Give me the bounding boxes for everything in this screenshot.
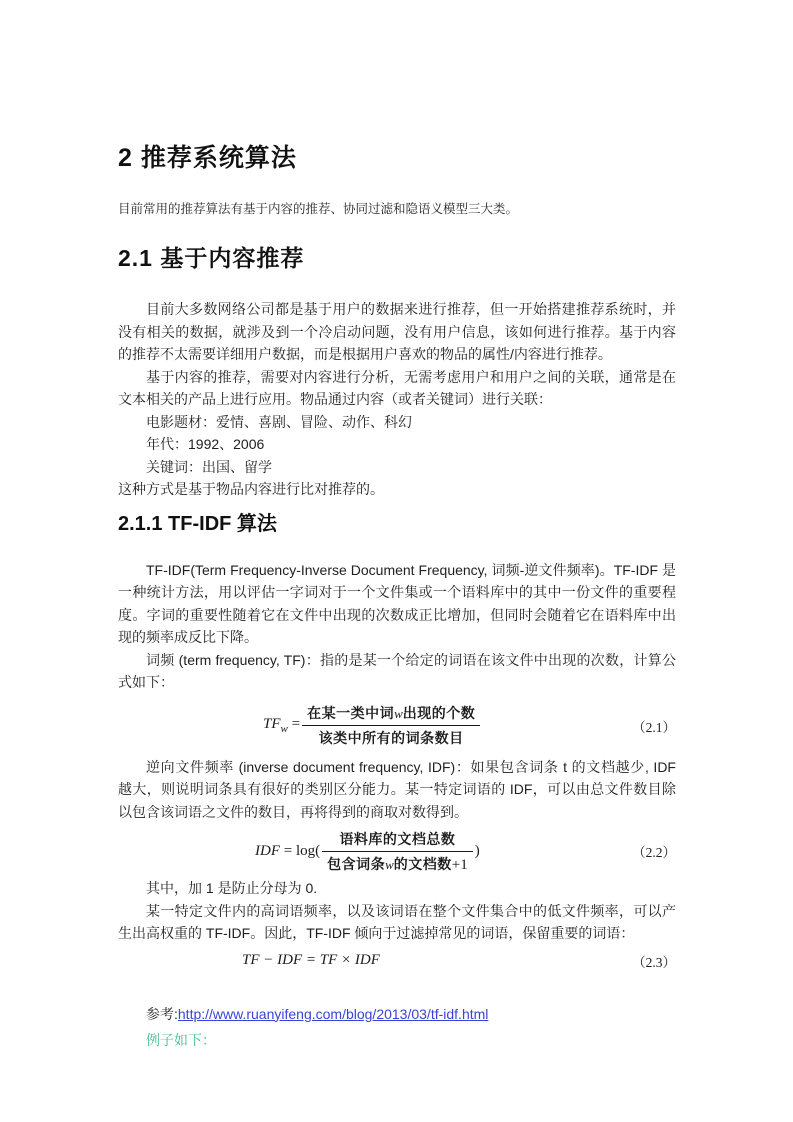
- paragraph-tfidf-weight: 某一特定文件内的高词语频率，以及该词语在整个文件集合中的低文件频率，可以产生出高…: [118, 900, 676, 945]
- formula-tfidf-expression: TF − IDF = TF × IDF: [242, 952, 380, 969]
- paragraph-plus-one: 其中，加 1 是防止分母为 0.: [118, 877, 676, 900]
- formula-tf-numerator: 在某一类中词w出现的个数: [302, 703, 480, 726]
- formula-idf-lhs: IDF = log(: [255, 843, 320, 860]
- list-item-year: 年代：1992、2006: [118, 433, 676, 456]
- formula-idf-fraction: 语料库的文档总数 包含词条w的文档数+1: [322, 829, 473, 874]
- paragraph-idf: 逆向文件频率 (inverse document frequency, IDF)…: [118, 756, 676, 824]
- formula-idf-close-paren: ): [475, 843, 480, 860]
- paragraph-compare: 这种方式是基于物品内容进行比对推荐的。: [118, 478, 676, 501]
- list-item-keyword: 关键词：出国、留学: [118, 456, 676, 479]
- list-item-movie-genre: 电影题材：爱情、喜剧、冒险、动作、科幻: [118, 411, 676, 434]
- section-heading-2: 2 推荐系统算法: [118, 143, 676, 173]
- formula-tf-fraction: 在某一类中词w出现的个数 该类中所有的词条数目: [302, 703, 480, 748]
- paragraph-cold-start: 目前大多数网络公司都是基于用户的数据来进行推荐，但一开始搭建推荐系统时，并没有相…: [118, 298, 676, 366]
- intro-paragraph: 目前常用的推荐算法有基于内容的推荐、协同过滤和隐语义模型三大类。: [118, 198, 676, 220]
- example-label: 例子如下：: [118, 1029, 676, 1052]
- formula-tf-lhs: TFw =: [263, 716, 300, 735]
- reference-link[interactable]: http://www.ruanyifeng.com/blog/2013/03/t…: [178, 1006, 489, 1022]
- formula-idf-numerator: 语料库的文档总数: [322, 829, 473, 852]
- reference-label: 参考:: [146, 1006, 178, 1022]
- equation-number-2-1: （2.1）: [632, 716, 676, 736]
- formula-idf: IDF = log( 语料库的文档总数 包含词条w的文档数+1 ) （2.2）: [118, 827, 676, 875]
- formula-tf: TFw = 在某一类中词w出现的个数 该类中所有的词条数目 （2.1）: [118, 702, 676, 750]
- formula-tfidf-product: TF − IDF = TF × IDF （2.3）: [118, 949, 676, 973]
- paragraph-tfidf-intro: TF-IDF(Term Frequency-Inverse Document F…: [118, 559, 676, 649]
- document-page: 2 推荐系统算法 目前常用的推荐算法有基于内容的推荐、协同过滤和隐语义模型三大类…: [0, 0, 793, 1122]
- reference-line: 参考:http://www.ruanyifeng.com/blog/2013/0…: [118, 1003, 676, 1026]
- paragraph-term-frequency: 词频 (term frequency, TF)：指的是某一个给定的词语在该文件中…: [118, 649, 676, 694]
- equation-number-2-2: （2.2）: [632, 841, 676, 861]
- section-heading-2-1-1: 2.1.1 TF-IDF 算法: [118, 511, 676, 537]
- formula-tf-denominator: 该类中所有的词条数目: [302, 726, 480, 748]
- formula-idf-denominator: 包含词条w的文档数+1: [322, 852, 473, 874]
- paragraph-content-based: 基于内容的推荐，需要对内容进行分析，无需考虑用户和用户之间的关联，通常是在文本相…: [118, 366, 676, 411]
- equation-number-2-3: （2.3）: [632, 951, 676, 971]
- section-heading-2-1: 2.1 基于内容推荐: [118, 243, 676, 273]
